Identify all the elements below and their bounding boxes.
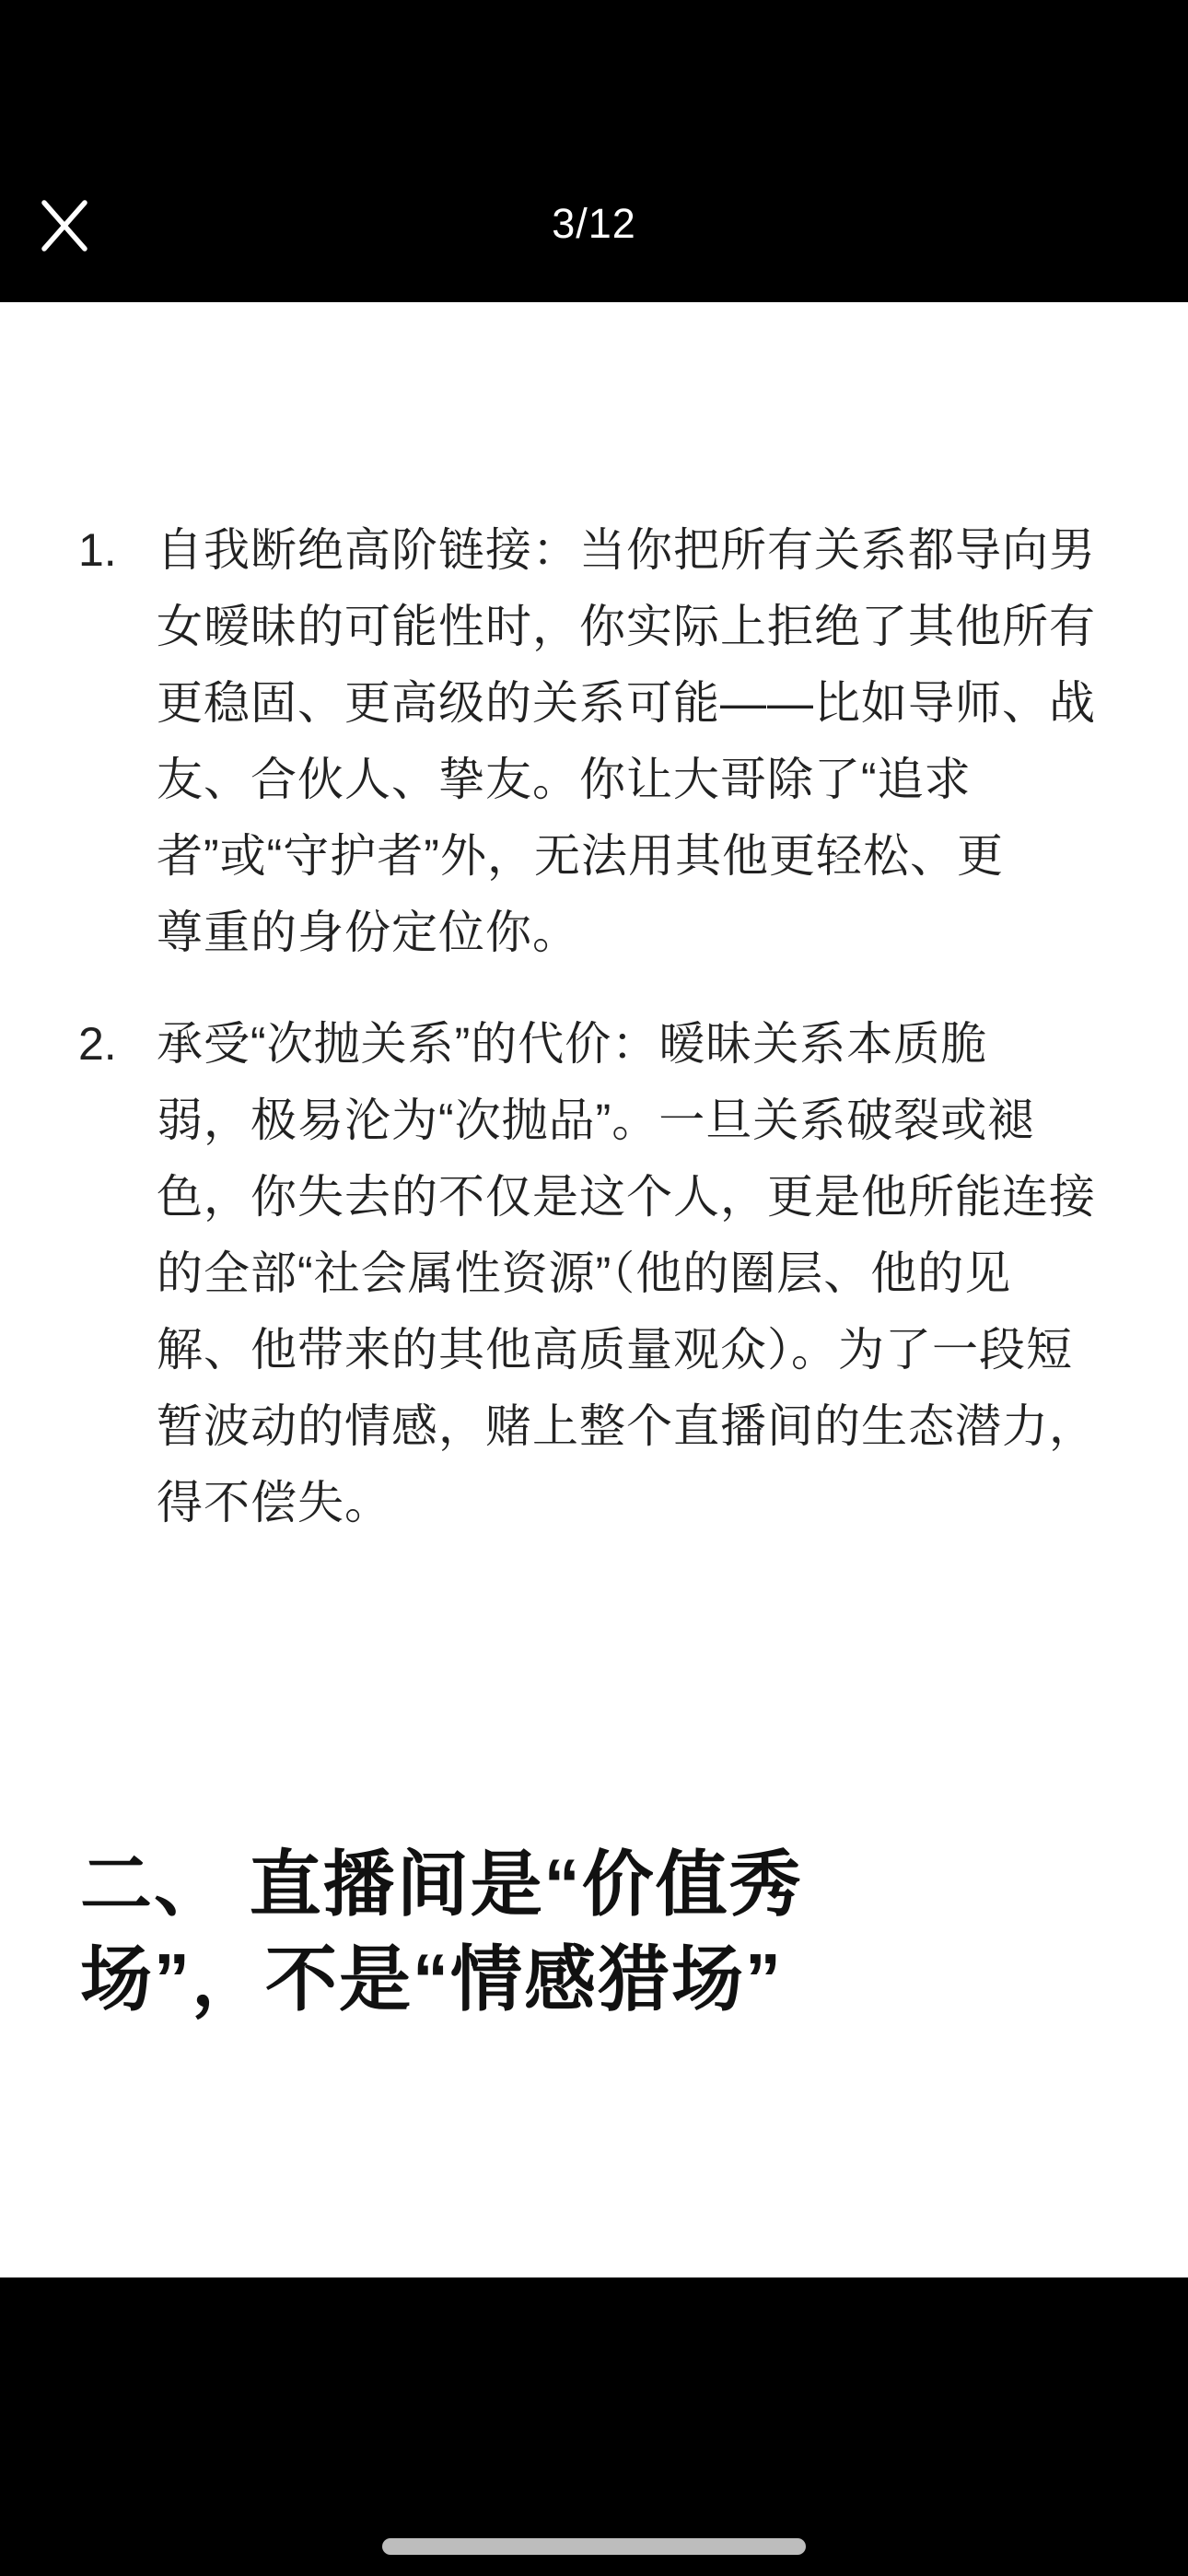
text-line: 色，你失去的不仅是这个人，更是他所能连接 <box>157 1159 1096 1235</box>
document-page: 1. 自我断绝高阶链接：当你把所有关系都导向男 女暧昧的可能性时，你实际上拒绝了… <box>0 302 1188 2277</box>
list-number: 2. <box>78 1006 157 1541</box>
list-item-2: 2. 承受“次抛关系”的代价：暧昧关系本质脆 弱，极易沦为“次抛品”。一旦关系破… <box>78 1006 1114 1541</box>
text-line: 得不偿失。 <box>157 1465 1096 1541</box>
text-line: 者”或“守护者”外，无法用其他更轻松、更 <box>157 818 1096 895</box>
text-line: 承受“次抛关系”的代价：暧昧关系本质脆 <box>157 1006 1096 1083</box>
section-heading: 二、 直播间是“价值秀 场”，不是“情感猎场” <box>80 1837 1114 2027</box>
text-line: 解、他带来的其他高质量观众）。为了一段短 <box>157 1312 1096 1388</box>
list-item-1: 1. 自我断绝高阶链接：当你把所有关系都导向男 女暧昧的可能性时，你实际上拒绝了… <box>78 512 1114 971</box>
text-line: 更稳固、更高级的关系可能——比如导师、战 <box>157 665 1096 742</box>
text-line: 暂波动的情感，赌上整个直播间的生态潜力， <box>157 1388 1096 1465</box>
home-indicator[interactable] <box>382 2538 806 2555</box>
heading-line: 场”，不是“情感猎场” <box>80 1932 1114 2027</box>
text-line: 弱，极易沦为“次抛品”。一旦关系破裂或褪 <box>157 1083 1096 1159</box>
list-item-text: 承受“次抛关系”的代价：暧昧关系本质脆 弱，极易沦为“次抛品”。一旦关系破裂或褪… <box>157 1006 1096 1541</box>
heading-line: 二、 直播间是“价值秀 <box>80 1837 1114 1932</box>
text-line: 自我断绝高阶链接：当你把所有关系都导向男 <box>157 512 1096 589</box>
list-item-text: 自我断绝高阶链接：当你把所有关系都导向男 女暧昧的可能性时，你实际上拒绝了其他所… <box>157 512 1096 971</box>
image-viewer-screen: 3/12 1. 自我断绝高阶链接：当你把所有关系都导向男 女暧昧的可能性时，你实… <box>0 0 1188 2576</box>
text-line: 友、合伙人、挚友。你让大哥除了“追求 <box>157 742 1096 818</box>
viewer-top-bar: 3/12 <box>0 0 1188 302</box>
list-number: 1. <box>78 512 157 971</box>
text-line: 女暧昧的可能性时，你实际上拒绝了其他所有 <box>157 589 1096 665</box>
text-line: 尊重的身份定位你。 <box>157 895 1096 971</box>
page-indicator: 3/12 <box>0 196 1188 252</box>
viewer-bottom-bar <box>0 2277 1188 2576</box>
text-line: 的全部“社会属性资源”（他的圈层、他的见 <box>157 1235 1096 1312</box>
